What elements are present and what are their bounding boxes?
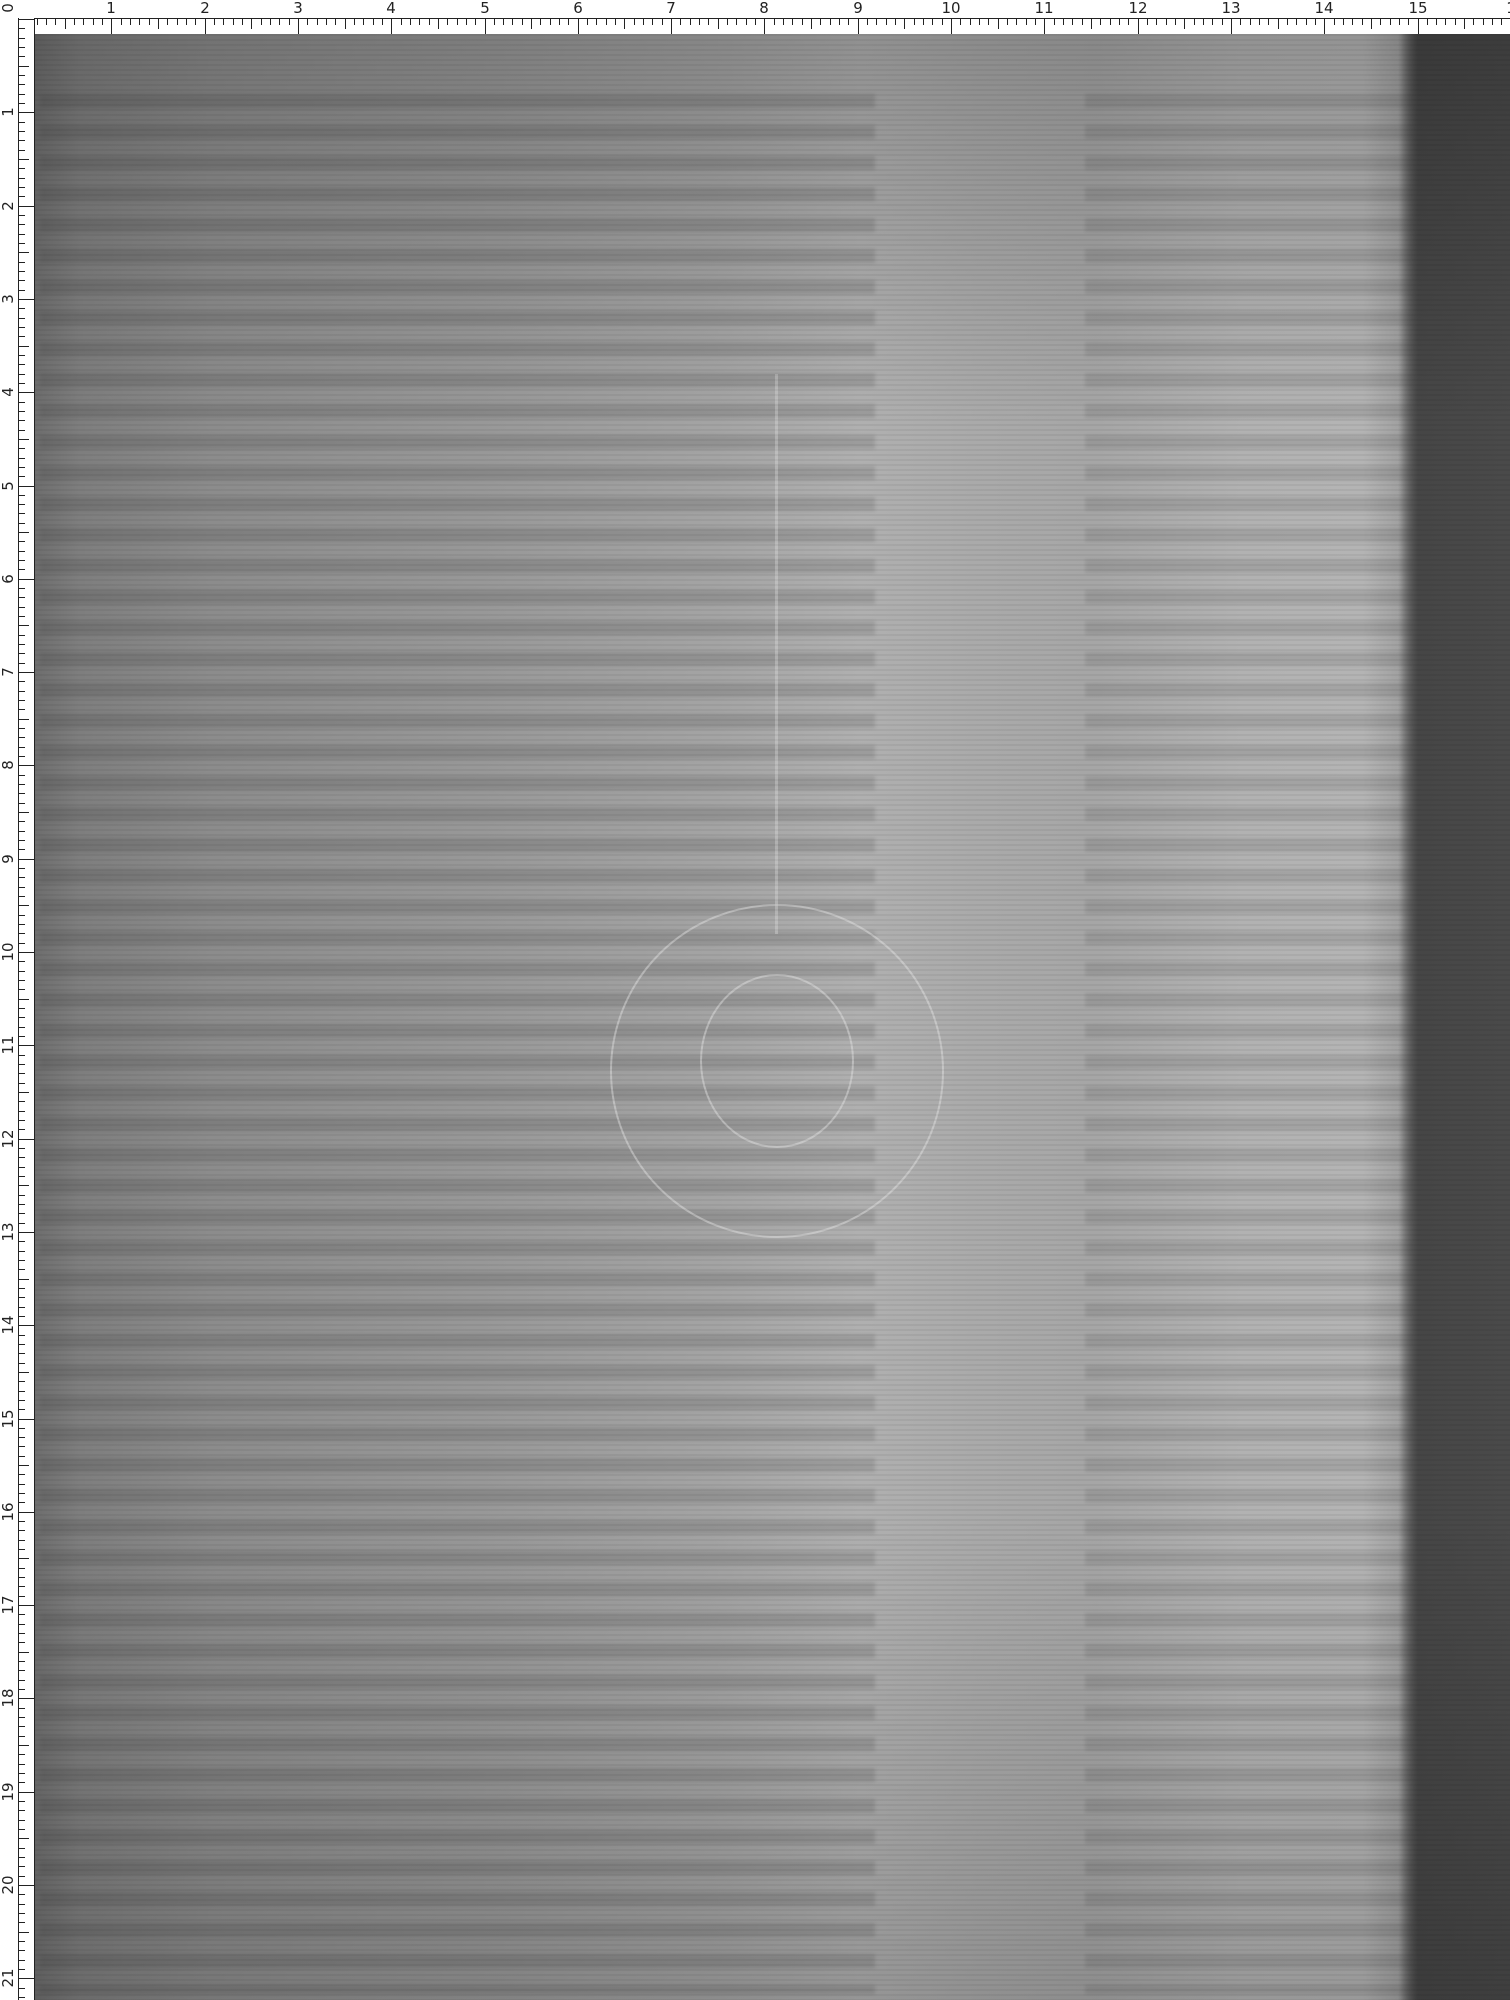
left-ruler-tick [19, 168, 25, 169]
left-ruler-tick [19, 765, 34, 766]
top-ruler-tick [419, 19, 420, 25]
left-ruler-tick [19, 793, 25, 794]
top-ruler-tick [1343, 19, 1344, 25]
left-ruler-tick [19, 1689, 25, 1690]
left-ruler-tick [19, 1297, 25, 1298]
left-ruler-tick [19, 653, 25, 654]
left-ruler-tick [19, 224, 25, 225]
top-ruler-tick [121, 19, 122, 25]
left-ruler-tick [19, 1586, 25, 1587]
left-ruler-tick [19, 1017, 25, 1018]
left-ruler-tick [19, 486, 34, 487]
left-ruler-tick [19, 971, 25, 972]
left-ruler-tick [19, 513, 25, 514]
top-ruler-tick [764, 19, 765, 34]
left-ruler-tick [19, 1036, 25, 1037]
top-ruler-tick [1352, 19, 1353, 25]
left-ruler-label: 11 [0, 1035, 16, 1055]
top-ruler-tick [970, 19, 971, 25]
left-ruler-label: 1 [0, 102, 16, 122]
left-ruler-tick [19, 234, 25, 235]
left-ruler-tick [19, 1381, 25, 1382]
left-ruler-tick [19, 644, 25, 645]
top-ruler-label: 4 [386, 0, 396, 16]
left-ruler-tick [19, 215, 25, 216]
left-ruler-tick [19, 1540, 25, 1541]
left-ruler-tick [19, 1558, 29, 1559]
top-ruler-tick [680, 19, 681, 25]
left-ruler-tick [19, 308, 25, 309]
top-ruler-tick [83, 19, 84, 25]
top-ruler-tick [1492, 19, 1493, 25]
top-ruler-tick [1175, 19, 1176, 25]
left-ruler-tick [19, 961, 25, 962]
left-ruler-tick [19, 448, 25, 449]
left-ruler-tick [19, 691, 25, 692]
top-ruler-tick [1306, 19, 1307, 25]
top-ruler-tick [755, 19, 756, 25]
top-ruler-tick [671, 19, 672, 34]
left-ruler-tick [19, 94, 25, 95]
left-ruler-tick [19, 19, 34, 20]
top-ruler-tick [708, 19, 709, 25]
top-ruler-tick [139, 19, 140, 25]
top-ruler-tick [1380, 19, 1381, 25]
left-ruler-tick [19, 1260, 25, 1261]
top-ruler-tick [559, 19, 560, 25]
left-ruler-tick [19, 1204, 25, 1205]
top-ruler-tick [998, 19, 999, 29]
top-ruler-tick [652, 19, 653, 25]
top-ruler-label: 1 [106, 0, 116, 16]
top-ruler-label: 8 [759, 0, 769, 16]
top-ruler-tick [289, 19, 290, 25]
left-ruler-tick [19, 112, 34, 113]
left-ruler-tick [19, 1185, 29, 1186]
left-ruler-tick [19, 1419, 34, 1420]
left-ruler-tick [19, 1064, 25, 1065]
top-ruler-tick [1259, 19, 1260, 25]
left-ruler-label: 8 [0, 755, 16, 775]
left-ruler-tick [19, 1223, 25, 1224]
top-ruler-tick [447, 19, 448, 25]
top-ruler-tick [662, 19, 663, 25]
left-ruler-tick [19, 1316, 25, 1317]
left-ruler-label: 20 [0, 1875, 16, 1895]
left-ruler-label: 13 [0, 1222, 16, 1242]
top-ruler-tick [298, 19, 299, 34]
left-ruler-tick [19, 402, 25, 403]
top-ruler-tick [820, 19, 821, 25]
left-ruler-tick [19, 28, 25, 29]
left-ruler-tick [19, 504, 25, 505]
left-ruler-tick [19, 523, 25, 524]
top-ruler-tick [1100, 19, 1101, 25]
top-ruler-tick [65, 19, 66, 29]
left-ruler-tick [19, 1782, 25, 1783]
top-ruler-tick [1184, 19, 1185, 29]
left-ruler-label: 3 [0, 289, 16, 309]
top-ruler-tick [1427, 19, 1428, 25]
left-ruler-tick [19, 439, 29, 440]
left-ruler-tick [19, 1139, 34, 1140]
top-ruler-tick [1156, 19, 1157, 25]
top-ruler-tick [1063, 19, 1064, 25]
left-ruler-tick [19, 1232, 34, 1233]
left-ruler-label: 9 [0, 849, 16, 869]
left-ruler-tick [19, 1409, 25, 1410]
left-ruler-tick [19, 1969, 25, 1970]
left-ruler-tick [19, 411, 25, 412]
top-ruler-tick [1072, 19, 1073, 25]
left-ruler-tick [19, 38, 25, 39]
left-ruler-tick [19, 1838, 29, 1839]
left-ruler-tick [19, 1092, 29, 1093]
left-ruler-tick [19, 1372, 29, 1373]
top-ruler-tick [606, 19, 607, 25]
left-ruler-tick [19, 1670, 25, 1671]
left-ruler-label: 17 [0, 1595, 16, 1615]
top-ruler-tick [624, 19, 625, 29]
top-ruler-tick [494, 19, 495, 25]
top-ruler-tick [167, 19, 168, 25]
left-ruler-tick [19, 999, 29, 1000]
top-ruler-tick [1054, 19, 1055, 25]
top-ruler-tick [923, 19, 924, 25]
left-ruler-tick [19, 1241, 25, 1242]
left-ruler-tick [19, 1894, 25, 1895]
top-ruler-tick [317, 19, 318, 25]
left-ruler-tick [19, 607, 25, 608]
left-ruler-tick [19, 980, 25, 981]
top-ruler-tick [886, 19, 887, 25]
top-ruler-tick [410, 19, 411, 25]
top-ruler-tick [261, 19, 262, 25]
top-ruler-tick [1026, 19, 1027, 25]
left-ruler-tick [19, 1978, 34, 1979]
left-ruler-tick [19, 84, 25, 85]
left-ruler-tick [19, 1708, 25, 1709]
left-ruler-tick [19, 196, 25, 197]
left-ruler-tick [19, 1633, 25, 1634]
left-ruler-tick [19, 1521, 25, 1522]
left-ruler-tick [19, 1960, 25, 1961]
top-ruler-tick [951, 19, 952, 34]
left-ruler-tick [19, 1801, 25, 1802]
left-ruler-tick [19, 896, 25, 897]
left-ruler-tick [19, 635, 25, 636]
left-ruler-tick [19, 1251, 25, 1252]
left-ruler-tick [19, 551, 25, 552]
left-ruler-tick [19, 1941, 25, 1942]
left-ruler-tick [19, 355, 25, 356]
top-ruler-tick [345, 19, 346, 29]
top-ruler-label: 3 [293, 0, 303, 16]
left-ruler-tick [19, 1045, 34, 1046]
left-ruler-tick [19, 243, 25, 244]
left-ruler-tick [19, 495, 25, 496]
left-ruler-tick [19, 1810, 25, 1811]
left-ruler-label: 4 [0, 382, 16, 402]
left-ruler-tick [19, 467, 25, 468]
left-ruler-tick [19, 868, 25, 869]
left-ruler-label: 14 [0, 1315, 16, 1335]
left-ruler-tick [19, 420, 25, 421]
left-ruler-tick [19, 75, 25, 76]
top-ruler-tick [1418, 19, 1419, 34]
left-ruler-tick [19, 887, 25, 888]
top-ruler-tick [848, 19, 849, 25]
top-ruler-tick [1203, 19, 1204, 25]
left-ruler-tick [19, 1129, 25, 1130]
left-ruler-tick [19, 271, 25, 272]
top-ruler-tick [307, 19, 308, 25]
left-ruler-tick [19, 1530, 25, 1531]
left-ruler-tick [19, 1997, 25, 1998]
left-ruler-tick [19, 1652, 29, 1653]
left-ruler-tick [19, 747, 25, 748]
left-ruler-tick [19, 1288, 25, 1289]
left-ruler-tick [19, 66, 29, 67]
left-ruler-tick [19, 1605, 34, 1606]
top-ruler-tick [46, 19, 47, 25]
left-ruler-tick [19, 1484, 25, 1485]
top-ruler-tick [251, 19, 252, 29]
top-ruler-tick [1194, 19, 1195, 25]
left-ruler-tick [19, 1661, 25, 1662]
left-ruler-tick [19, 1325, 34, 1326]
left-ruler-tick [19, 1680, 25, 1681]
top-ruler-tick [503, 19, 504, 25]
top-ruler-tick [746, 19, 747, 25]
left-ruler-tick [19, 1008, 25, 1009]
left-ruler-tick [19, 989, 25, 990]
top-ruler-tick [858, 19, 859, 34]
top-ruler-tick [1371, 19, 1372, 29]
left-ruler-tick [19, 924, 25, 925]
left-ruler-label: 2 [0, 196, 16, 216]
left-ruler-tick [19, 252, 29, 253]
left-ruler-label: 5 [0, 476, 16, 496]
top-ruler-tick [1334, 19, 1335, 25]
left-ruler-label: 7 [0, 662, 16, 682]
left-ruler-label: 12 [0, 1129, 16, 1149]
top-ruler-tick [363, 19, 364, 25]
left-ruler-tick [19, 728, 25, 729]
left-ruler-bar [18, 18, 35, 2000]
left-ruler-tick [19, 206, 34, 207]
top-ruler-tick [195, 19, 196, 25]
left-ruler-tick [19, 1269, 25, 1270]
left-ruler-tick [19, 392, 34, 393]
left-ruler-tick [19, 952, 34, 953]
left-ruler-tick [19, 47, 25, 48]
left-ruler-tick [19, 1829, 25, 1830]
top-ruler-tick [867, 19, 868, 25]
top-ruler-tick [615, 19, 616, 25]
left-ruler-tick [19, 709, 25, 710]
left-ruler-tick [19, 625, 29, 626]
top-ruler-tick [1250, 19, 1251, 25]
top-ruler-tick [1016, 19, 1017, 25]
left-ruler-tick [19, 532, 29, 533]
left-ruler-tick [19, 1717, 25, 1718]
top-ruler-tick [904, 19, 905, 29]
left-ruler-tick [19, 1307, 25, 1308]
left-ruler-tick [19, 672, 34, 673]
left-ruler-tick [19, 1446, 25, 1447]
left-ruler-label: 18 [0, 1688, 16, 1708]
top-ruler-tick [149, 19, 150, 25]
top-ruler-label: 12 [1128, 0, 1147, 16]
top-ruler-tick [1268, 19, 1269, 25]
top-ruler-label: 7 [666, 0, 676, 16]
top-ruler-tick [74, 19, 75, 25]
left-ruler-label: 15 [0, 1409, 16, 1429]
top-ruler-tick [270, 19, 271, 25]
top-ruler-tick [1147, 19, 1148, 25]
top-ruler-tick [466, 19, 467, 25]
top-ruler-tick [279, 19, 280, 25]
left-ruler-tick [19, 430, 25, 431]
left-ruler-tick [19, 1437, 25, 1438]
left-ruler-tick [19, 859, 34, 860]
left-ruler-tick [19, 1101, 25, 1102]
left-ruler-tick [19, 1549, 25, 1550]
left-ruler-tick [19, 187, 25, 188]
left-ruler-tick [19, 1876, 25, 1877]
top-ruler-tick [102, 19, 103, 25]
top-ruler-tick [1212, 19, 1213, 25]
left-ruler-tick [19, 1167, 25, 1168]
left-ruler-tick [19, 1055, 25, 1056]
left-ruler-tick [19, 1456, 25, 1457]
left-ruler-tick [19, 290, 25, 291]
top-ruler-tick [1390, 19, 1391, 25]
top-ruler-tick [512, 19, 513, 25]
top-ruler-tick [242, 19, 243, 25]
top-ruler-label: 14 [1314, 0, 1333, 16]
top-ruler-label: 5 [480, 0, 490, 16]
top-ruler-tick [1222, 19, 1223, 25]
top-ruler-tick [1119, 19, 1120, 25]
left-ruler-tick [19, 1027, 25, 1028]
left-ruler-tick [19, 1736, 25, 1737]
left-ruler-tick [19, 775, 25, 776]
left-ruler-tick [19, 1335, 25, 1336]
top-ruler-tick [540, 19, 541, 25]
top-ruler-tick [736, 19, 737, 25]
top-ruler: 01234567891011121314151 [0, 0, 1510, 34]
left-ruler-tick [19, 1493, 25, 1494]
top-ruler-tick [1044, 19, 1045, 34]
left-ruler-tick [19, 1157, 25, 1158]
top-ruler-tick [1138, 19, 1139, 34]
top-ruler-tick [1082, 19, 1083, 25]
left-ruler-tick [19, 681, 25, 682]
top-ruler-tick [774, 19, 775, 25]
left-ruler-tick [19, 821, 25, 822]
left-ruler-tick [19, 877, 25, 878]
left-ruler-tick [19, 541, 25, 542]
left-ruler-tick [19, 1176, 25, 1177]
top-ruler-tick [839, 19, 840, 25]
left-ruler-tick [19, 1614, 25, 1615]
scanned-page-image [35, 34, 1510, 2000]
left-ruler-tick [19, 140, 25, 141]
left-ruler-tick [19, 1642, 25, 1643]
left-ruler-tick [19, 1773, 25, 1774]
left-ruler-tick [19, 784, 25, 785]
left-ruler-tick [19, 1148, 25, 1149]
left-ruler-tick [19, 1950, 25, 1951]
left-ruler-tick [19, 458, 25, 459]
top-ruler-tick [1408, 19, 1409, 25]
top-ruler-tick [457, 19, 458, 25]
left-ruler-tick [19, 122, 25, 123]
left-ruler-tick [19, 318, 25, 319]
left-ruler-label: 21 [0, 1968, 16, 1988]
left-ruler-tick [19, 569, 25, 570]
top-ruler-tick [876, 19, 877, 25]
top-ruler-tick [830, 19, 831, 25]
left-ruler-tick [19, 1922, 25, 1923]
top-ruler-tick [326, 19, 327, 25]
top-ruler-tick [1315, 19, 1316, 25]
top-ruler-tick [596, 19, 597, 25]
top-ruler-tick [634, 19, 635, 25]
top-ruler-tick [475, 19, 476, 25]
top-ruler-tick [354, 19, 355, 25]
left-ruler-tick [19, 178, 25, 179]
top-ruler-tick [718, 19, 719, 29]
left-ruler-tick [19, 150, 25, 151]
top-ruler-tick [177, 19, 178, 25]
top-ruler-tick [373, 19, 374, 25]
left-ruler-tick [19, 1754, 25, 1755]
left-ruler-tick [19, 1111, 25, 1112]
left-ruler-tick [19, 849, 25, 850]
top-ruler-tick [1399, 19, 1400, 25]
top-ruler-tick [699, 19, 700, 25]
left-ruler-tick [19, 336, 25, 337]
left-ruler-tick [19, 280, 25, 281]
top-ruler-tick [391, 19, 392, 34]
left-ruler-tick [19, 103, 25, 104]
left-ruler-tick [19, 719, 29, 720]
left-ruler-tick [19, 1866, 25, 1867]
left-ruler-tick [19, 700, 25, 701]
top-ruler-tick [158, 19, 159, 29]
left-ruler-tick [19, 1279, 29, 1280]
left-ruler-tick [19, 560, 25, 561]
left-ruler-tick [19, 1363, 25, 1364]
top-ruler-tick [55, 19, 56, 25]
top-ruler-tick [438, 19, 439, 29]
top-ruler-tick [988, 19, 989, 25]
top-ruler-tick [979, 19, 980, 25]
top-ruler-tick [1240, 19, 1241, 25]
top-ruler-label: 13 [1221, 0, 1240, 16]
left-ruler-tick [19, 131, 25, 132]
top-ruler-tick [932, 19, 933, 25]
left-ruler-tick [19, 1568, 25, 1569]
top-ruler-tick [1091, 19, 1092, 29]
top-ruler-tick [93, 19, 94, 25]
top-ruler-label: 2 [200, 0, 210, 16]
top-ruler-tick [690, 19, 691, 25]
top-ruler-tick [578, 19, 579, 34]
